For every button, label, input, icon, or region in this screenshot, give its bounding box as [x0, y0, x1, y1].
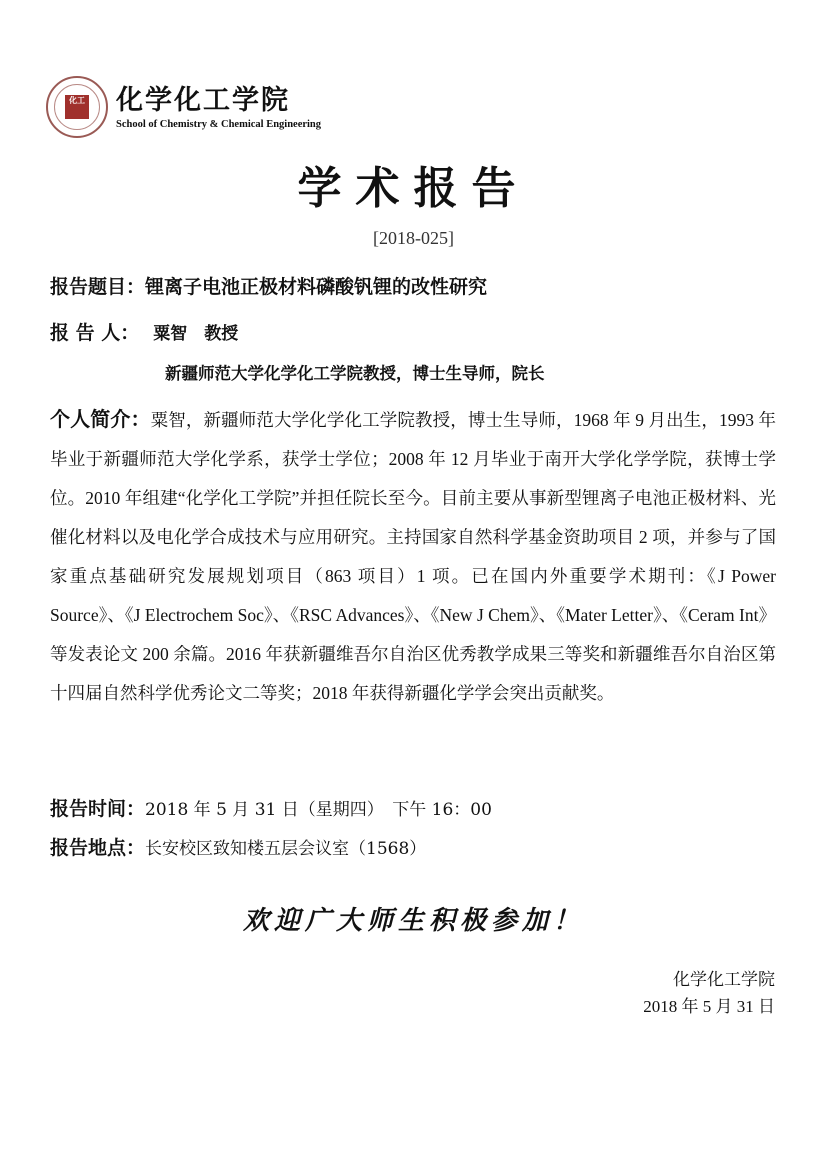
speaker-affiliation: 新疆师范大学化学化工学院教授，博士生导师，院长 [165, 360, 545, 384]
seal-core: 化工 [65, 95, 89, 119]
speaker-affiliation-text: 新疆师范大学化学化工学院教授，博士生导师，院长 [165, 364, 545, 383]
school-seal-icon: 化工 [46, 76, 108, 138]
school-name-cn: 化学化工学院 [116, 85, 321, 117]
report-code: [2018-025] [0, 228, 827, 249]
place-row: 报告地点：长安校区致知楼五层会议室（1568） [50, 833, 426, 860]
signature-date: 2018 年 5 月 31 日 [643, 993, 775, 1020]
place-label: 报告地点： [50, 837, 145, 859]
bio-paragraph: 个人简介：粟智，新疆师范大学化学化工学院教授，博士生导师，1968 年 9 月出… [50, 400, 776, 713]
signature: 化学化工学院 2018 年 5 月 31 日 [643, 966, 775, 1020]
page-title: 学术报告 [0, 152, 827, 216]
logo-text: 化学化工学院 School of Chemistry & Chemical En… [116, 85, 321, 130]
school-logo: 化工 化学化工学院 School of Chemistry & Chemical… [46, 76, 321, 138]
school-name-en: School of Chemistry & Chemical Engineeri… [116, 119, 321, 130]
bio-label: 个人简介： [50, 407, 151, 431]
speaker-label: 报 告 人： [50, 322, 139, 344]
speaker-row: 报 告 人： 粟智 教授 [50, 318, 238, 345]
topic-label: 报告题目： [50, 276, 145, 298]
bio-text: 粟智，新疆师范大学化学化工学院教授，博士生导师，1968 年 9 月出生，199… [50, 410, 776, 703]
time-row: 报告时间：2018 年 5 月 31 日（星期四） 下午 16：00 [50, 794, 492, 821]
welcome-message: 欢迎广大师生积极参加！ [0, 900, 827, 937]
topic-value: 锂离子电池正极材料磷酸钒锂的改性研究 [145, 276, 487, 298]
place-value: 长安校区致知楼五层会议室（1568） [145, 839, 426, 859]
speaker-value: 粟智 教授 [153, 324, 238, 344]
signature-org: 化学化工学院 [643, 966, 775, 993]
school-name-cn-text: 化学化工学院 [116, 85, 290, 116]
topic-row: 报告题目：锂离子电池正极材料磷酸钒锂的改性研究 [50, 272, 487, 299]
time-label: 报告时间： [50, 798, 145, 820]
time-value: 2018 年 5 月 31 日（星期四） 下午 16：00 [145, 800, 492, 820]
